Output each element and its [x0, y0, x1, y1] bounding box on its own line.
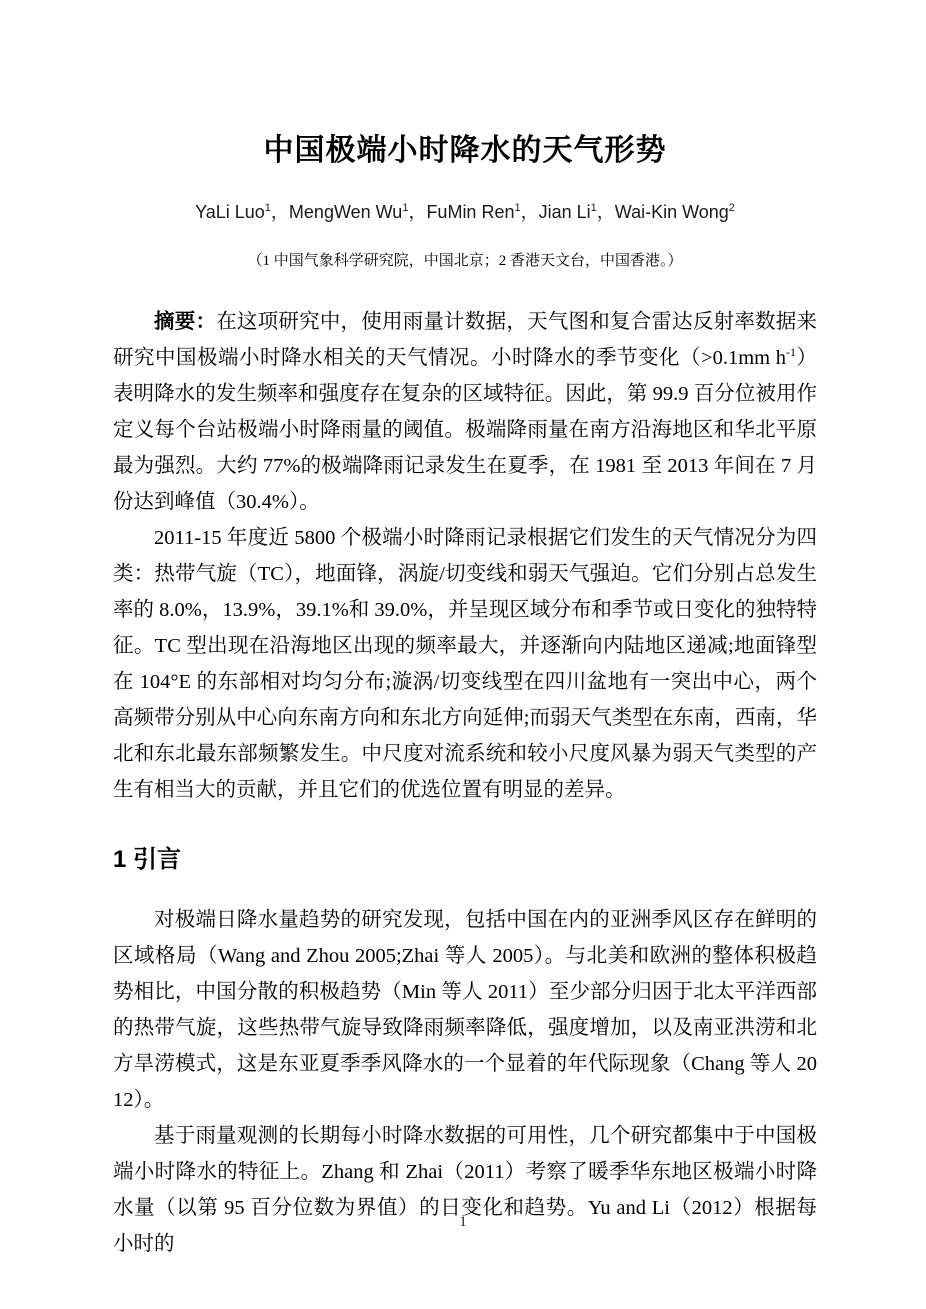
author: MengWen Wu1 [289, 202, 409, 222]
affiliation-line: （1 中国气象科学研究院，中国北京；2 香港天文台，中国香港。） [113, 250, 817, 272]
section-heading-introduction: 1 引言 [113, 844, 817, 876]
authors-line: YaLi Luo1，MengWen Wu1，FuMin Ren1，Jian Li… [113, 200, 817, 224]
author: YaLi Luo1 [195, 202, 271, 222]
author-separator: ， [271, 202, 289, 222]
author-name: YaLi Luo [195, 202, 265, 222]
author: FuMin Ren1 [426, 202, 520, 222]
author-name: MengWen Wu [289, 202, 402, 222]
author-name: FuMin Ren [426, 202, 514, 222]
document-page: { "document": { "title": "中国极端小时降水的天气形势"… [0, 0, 926, 1309]
page-content: 中国极端小时降水的天气形势 YaLi Luo1，MengWen Wu1，FuMi… [113, 0, 817, 1262]
author-affiliation-superscript: 2 [729, 202, 735, 214]
introduction-paragraph-1: 对极端日降水量趋势的研究发现，包括中国在内的亚洲季风区存在鲜明的区域格局（Wan… [113, 902, 817, 1118]
abstract-text-before-superscript: 在这项研究中，使用雨量计数据，天气图和复合雷达反射率数据来研究中国极端小时降水相… [113, 311, 817, 369]
abstract-paragraph-2: 2011-15 年度近 5800 个极端小时降雨记录根据它们发生的天气情况分为四… [113, 520, 817, 808]
author: Jian Li1 [539, 202, 597, 222]
author-name: Wai-Kin Wong [615, 202, 729, 222]
author-name: Jian Li [539, 202, 591, 222]
author-separator: ， [408, 202, 426, 222]
author-separator: ， [521, 202, 539, 222]
author-separator: ， [597, 202, 615, 222]
abstract-text-after-superscript: ）表明降水的发生频率和强度存在复杂的区域特征。因此，第 99.9 百分位被用作定… [113, 347, 817, 513]
abstract-paragraph-1: 摘要：在这项研究中，使用雨量计数据，天气图和复合雷达反射率数据来研究中国极端小时… [113, 304, 817, 520]
paper-title: 中国极端小时降水的天气形势 [113, 130, 817, 172]
page-number: 1 [0, 1212, 926, 1232]
abstract-label: 摘要： [154, 311, 216, 333]
unit-superscript: -1 [786, 345, 796, 359]
author: Wai-Kin Wong2 [615, 202, 735, 222]
introduction-paragraph-2: 基于雨量观测的长期每小时降水数据的可用性，几个研究都集中于中国极端小时降水的特征… [113, 1118, 817, 1262]
